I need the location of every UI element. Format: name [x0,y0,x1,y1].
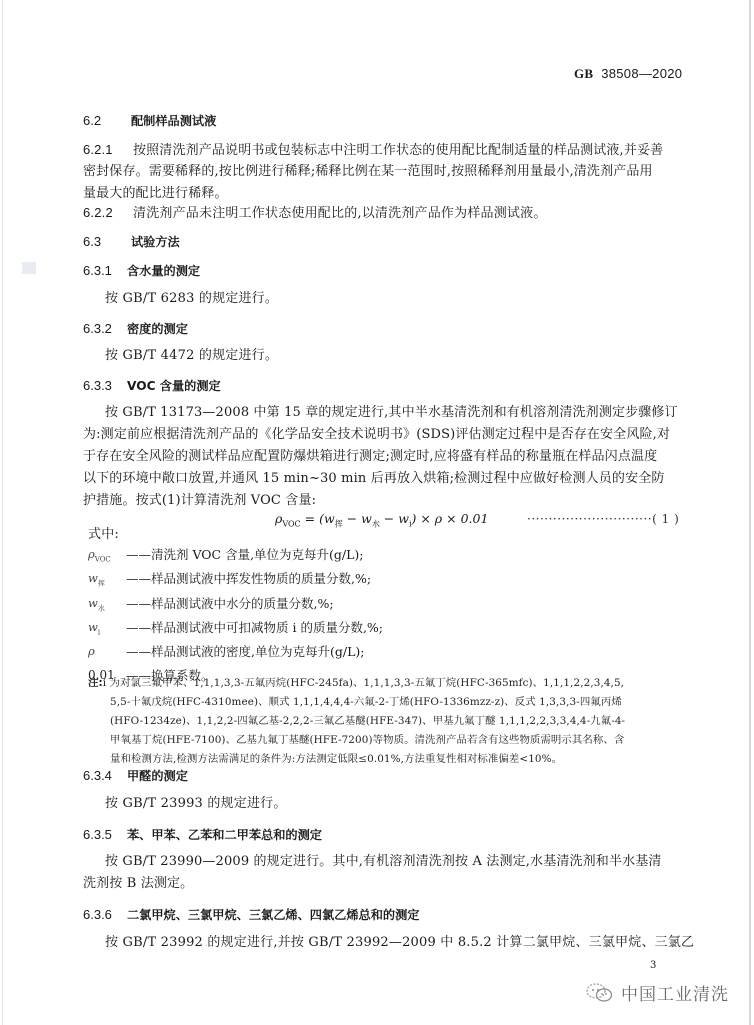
scan-artifact [22,262,36,274]
note-block: 注:i 为对氯三氟甲苯、1,1,1,3,3-五氟丙烷(HFC-245fa)、1,… [88,674,694,769]
clause-6-3-5-body: 按 GB/T 23990—2009 的规定进行。其中,有机溶剂清洗剂按 A 法测… [83,851,697,897]
definition-row: ρVOC——清洗剂 VOC 含量,单位为克每升(g/L); [88,545,383,569]
section-heading-6-2: 6.2配制样品测试液 [83,112,216,129]
definition-row: ρ——样品测试液的密度,单位为克每升(g/L); [88,642,383,666]
page-number: 3 [650,960,656,971]
where-label: 式中: [88,524,119,546]
page-edge-right [749,0,751,1025]
document-page: GB 38508—2020 6.2配制样品测试液 6.2.1按照清洗剂产品说明书… [0,0,754,1025]
equation-leader: ·····························( 1 ) [527,512,679,526]
page-edge-left [2,0,3,1025]
definition-row: w挥——样品测试液中挥发性物质的质量分数,%; [88,569,383,593]
clause-6-3-3-body: 按 GB/T 13173—2008 中第 15 章的规定进行,其中半水基清洗剂和… [83,402,697,517]
clause-6-3-2-text: 按 GB/T 4472 的规定进行。 [105,345,278,367]
section-heading-6-3-5: 6.3.5苯、甲苯、乙苯和二甲苯总和的测定 [83,826,322,843]
clause-6-3-6-text: 按 GB/T 23992 的规定进行,并按 GB/T 23992—2009 中 … [105,932,694,954]
section-heading-6-3-2: 6.3.2密度的测定 [83,320,188,337]
clause-6-3-1-text: 按 GB/T 6283 的规定进行。 [105,288,278,310]
voc-formula: ρVOC = (w挥 − w水 − wi) × ρ × 0.01 [275,511,488,530]
note-label: 注: [88,677,103,689]
wechat-icon [585,982,615,1004]
section-heading-6-3-1: 6.3.1含水量的测定 [83,262,200,279]
watermark: 中国工业清洗 [585,980,729,1005]
standard-prefix: GB [574,66,593,81]
equation-number: ( 1 ) [652,512,679,526]
section-heading-6-3-4: 6.3.4甲醛的测定 [83,767,188,784]
section-heading-6-3-3: 6.3.3VOC 含量的测定 [83,377,221,394]
clause-6-2-2: 6.2.2清洗剂产品未注明工作状态使用配比的,以清洗剂产品作为样品测试液。 [83,202,547,225]
section-heading-6-3-6: 6.3.6二氯甲烷、三氯甲烷、三氯乙烯、四氯乙烯总和的测定 [83,906,420,923]
symbol-definitions: ρVOC——清洗剂 VOC 含量,单位为克每升(g/L); w挥——样品测试液中… [88,545,383,685]
clause-6-3-4-text: 按 GB/T 23993 的规定进行。 [105,793,287,815]
definition-row: w水——样品测试液中水分的质量分数,%; [88,594,383,618]
standard-header: GB 38508—2020 [574,66,682,82]
standard-number: 38508—2020 [601,66,682,81]
watermark-text: 中国工业清洗 [621,980,729,1005]
section-heading-6-3: 6.3试验方法 [83,233,180,250]
definition-row: wi——样品测试液中可扣减物质 i 的质量分数,%; [88,618,383,642]
